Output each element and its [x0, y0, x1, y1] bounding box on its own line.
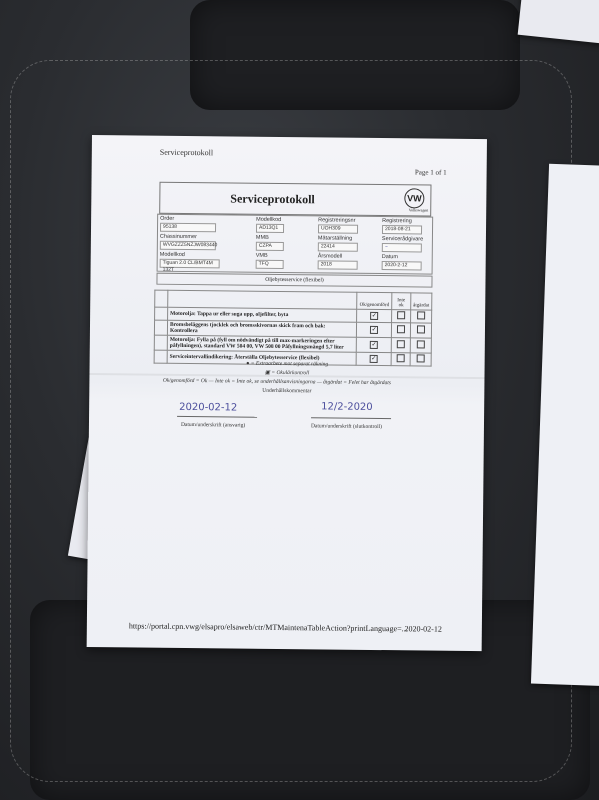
- signature-line-right: [311, 417, 391, 419]
- field-chassis: Chassinummer WVGZZZ5NZJW083440: [160, 234, 216, 251]
- volkswagen-logo-icon: VW: [404, 188, 424, 208]
- checkbox-not-ok: [397, 354, 405, 362]
- service-protocol-document: Serviceprotokoll Page 1 of 1 Serviceprot…: [87, 135, 487, 651]
- signature-line-left: [177, 416, 257, 418]
- col-ok: Ok/genomförd: [357, 292, 392, 309]
- checkbox-ok: ✓: [370, 312, 378, 320]
- background-paper-top-right: [518, 0, 599, 45]
- comment-label: Underhållskommentar: [89, 386, 484, 396]
- field-modelcode: Modellkod AD13Q1: [256, 217, 284, 233]
- brand-text: Volkswagen: [409, 207, 429, 212]
- field-registration: Registrering 2018-08-21: [382, 218, 422, 234]
- checkbox-ok: ✓: [370, 341, 378, 349]
- checkbox-not-ok: [397, 340, 405, 348]
- service-task-table: Ok/genomförd Inte ok åtgärdat Motorolja:…: [154, 290, 433, 367]
- document-title: Serviceprotokoll: [230, 191, 315, 207]
- footer-date: 2020-02-12: [404, 624, 441, 633]
- signature-right: 12/2-2020: [321, 401, 373, 413]
- header-left: Serviceprotokoll: [160, 148, 213, 158]
- field-regnr: Registreringsnr UOH309: [318, 217, 358, 233]
- checkbox-ok: ✓: [370, 326, 378, 334]
- checkbox-not-ok: [397, 325, 405, 333]
- footer-url: https://portal.cpn.vwg/elsapro/elsaweb/c…: [129, 621, 408, 633]
- checkbox-fixed: [417, 340, 425, 348]
- field-date: Datum 2020-2-12: [382, 254, 422, 270]
- checkbox-not-ok: [397, 311, 405, 319]
- signature-label-left: Datum/underskrift (ansvarig): [181, 422, 245, 429]
- checkbox-fixed: [417, 325, 425, 333]
- field-odometer: Mätarställning 22414: [318, 235, 358, 251]
- page-indicator: Page 1 of 1: [415, 168, 447, 176]
- field-order: Order 95138: [160, 216, 216, 233]
- title-box: Serviceprotokoll VW Volkswagen: [159, 182, 431, 217]
- field-vmb: VMB TFQ: [256, 253, 284, 269]
- col-not-ok: Inte ok: [392, 293, 411, 310]
- field-year: Årsmodell 2018: [318, 253, 358, 269]
- col-fixed: åtgärdat: [411, 293, 432, 310]
- field-advisor: Servicerådgivare ~: [382, 236, 422, 252]
- field-model: Modellkod Tiguan 2.0 CL/BMT4M 132T: [160, 252, 220, 269]
- vehicle-info-box: Order 95138 Chassinummer WVGZZZ5NZJW0834…: [157, 214, 434, 275]
- signature-label-right: Datum/underskrift (slutkontroll): [311, 423, 382, 430]
- checkbox-fixed: [417, 354, 425, 362]
- signature-left: 2020-02-12: [179, 402, 237, 414]
- section-title: Oljebytesservice (flexibel): [156, 273, 432, 288]
- field-mmb: MMB CZPA: [256, 235, 284, 251]
- checkbox-fixed: [417, 311, 425, 319]
